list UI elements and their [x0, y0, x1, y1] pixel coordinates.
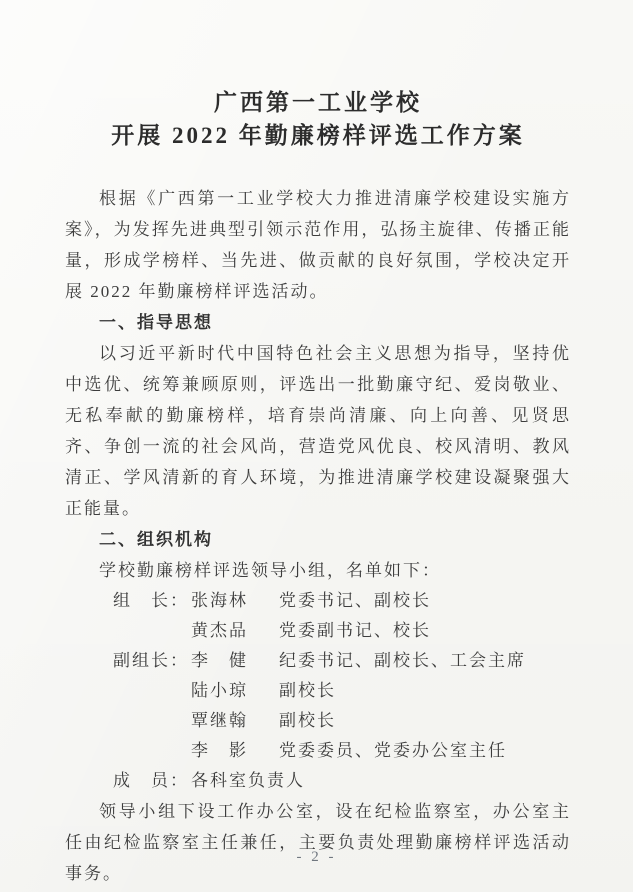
roster-person-name: 张海林	[191, 586, 279, 616]
roster-person-title	[305, 766, 571, 796]
roster-person-name: 李 健	[191, 646, 279, 676]
roster-role-label	[113, 706, 191, 736]
roster-role-label	[113, 616, 191, 646]
roster-row-leader: 组 长： 张海林 党委书记、副校长	[65, 586, 571, 616]
intro-paragraph: 根据《广西第一工业学校大力推进清廉学校建设实施方案》，为发挥先进典型引领示范作用…	[65, 183, 571, 307]
roster-role-label: 组 长：	[113, 586, 191, 616]
office-note-paragraph: 领导小组下设工作办公室，设在纪检监察室，办公室主任由纪检监察室主任兼任，主要负责…	[65, 796, 571, 889]
roster-role-label: 成 员：	[113, 766, 191, 796]
roster-row: 覃继翰 副校长	[65, 706, 571, 736]
doc-title-line2: 开展 2022 年勤廉榜样评选工作方案	[65, 119, 571, 152]
roster-person-title: 党委委员、党委办公室主任	[279, 736, 571, 766]
leadership-roster: 组 长： 张海林 党委书记、副校长 黄杰品 党委副书记、校长 副组长： 李 健 …	[65, 586, 571, 796]
roster-person-name: 陆小琼	[191, 676, 279, 706]
doc-title-line1: 广西第一工业学校	[65, 86, 571, 119]
roster-role-label	[113, 736, 191, 766]
roster-row: 陆小琼 副校长	[65, 676, 571, 706]
page-number: - 2 -	[0, 849, 633, 866]
document-page: 广西第一工业学校 开展 2022 年勤廉榜样评选工作方案 根据《广西第一工业学校…	[0, 0, 633, 892]
roster-row-members: 成 员： 各科室负责人	[65, 766, 571, 796]
roster-row-deputy-leader: 副组长： 李 健 纪委书记、副校长、工会主席	[65, 646, 571, 676]
roster-person-title: 副校长	[279, 676, 571, 706]
section2-lead: 学校勤廉榜样评选领导小组，名单如下：	[65, 555, 571, 586]
roster-person-title: 纪委书记、副校长、工会主席	[279, 646, 571, 676]
section2-heading: 二、组织机构	[65, 524, 571, 555]
section1-heading: 一、指导思想	[65, 307, 571, 338]
roster-person-title: 党委书记、副校长	[279, 586, 571, 616]
roster-person-title: 党委副书记、校长	[279, 616, 571, 646]
roster-role-label	[113, 676, 191, 706]
roster-role-label: 副组长：	[113, 646, 191, 676]
roster-person-name: 黄杰品	[191, 616, 279, 646]
roster-row: 李 影 党委委员、党委办公室主任	[65, 736, 571, 766]
roster-person-name: 覃继翰	[191, 706, 279, 736]
roster-person-name: 各科室负责人	[191, 766, 305, 796]
roster-person-name: 李 影	[191, 736, 279, 766]
roster-row: 黄杰品 党委副书记、校长	[65, 616, 571, 646]
section1-body: 以习近平新时代中国特色社会主义思想为指导，坚持优中选优、统筹兼顾原则，评选出一批…	[65, 338, 571, 524]
roster-person-title: 副校长	[279, 706, 571, 736]
document-content: 广西第一工业学校 开展 2022 年勤廉榜样评选工作方案 根据《广西第一工业学校…	[0, 0, 633, 889]
